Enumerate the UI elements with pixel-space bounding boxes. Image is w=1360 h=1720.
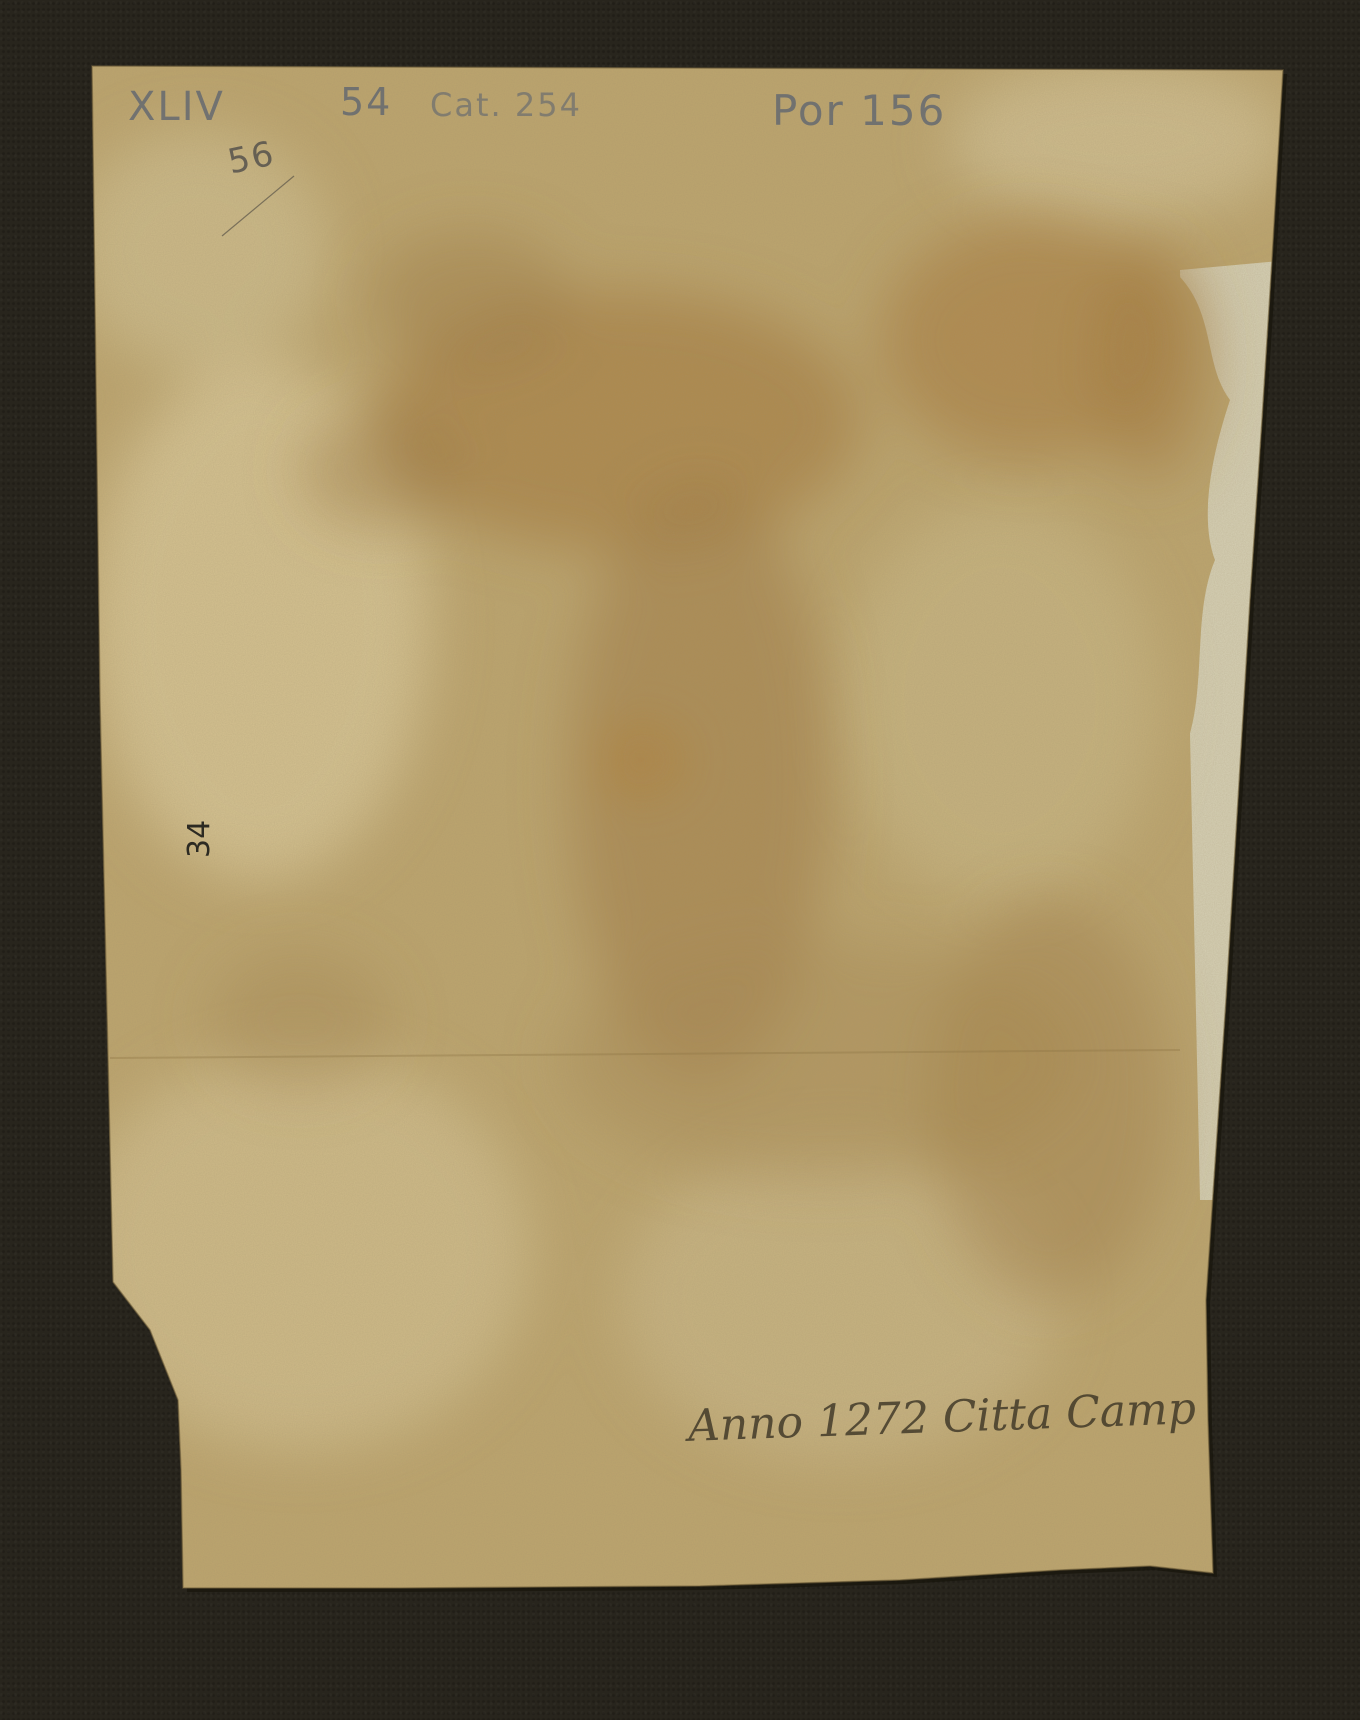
shelfmark-roman: XLIV <box>128 84 225 130</box>
pencil-number: 54 <box>340 80 392 124</box>
margin-number: 34 <box>182 820 217 858</box>
parchment-sheet <box>0 0 1360 1720</box>
catalog-reference: Cat. 254 <box>430 86 582 124</box>
por-reference: Por 156 <box>772 86 946 135</box>
